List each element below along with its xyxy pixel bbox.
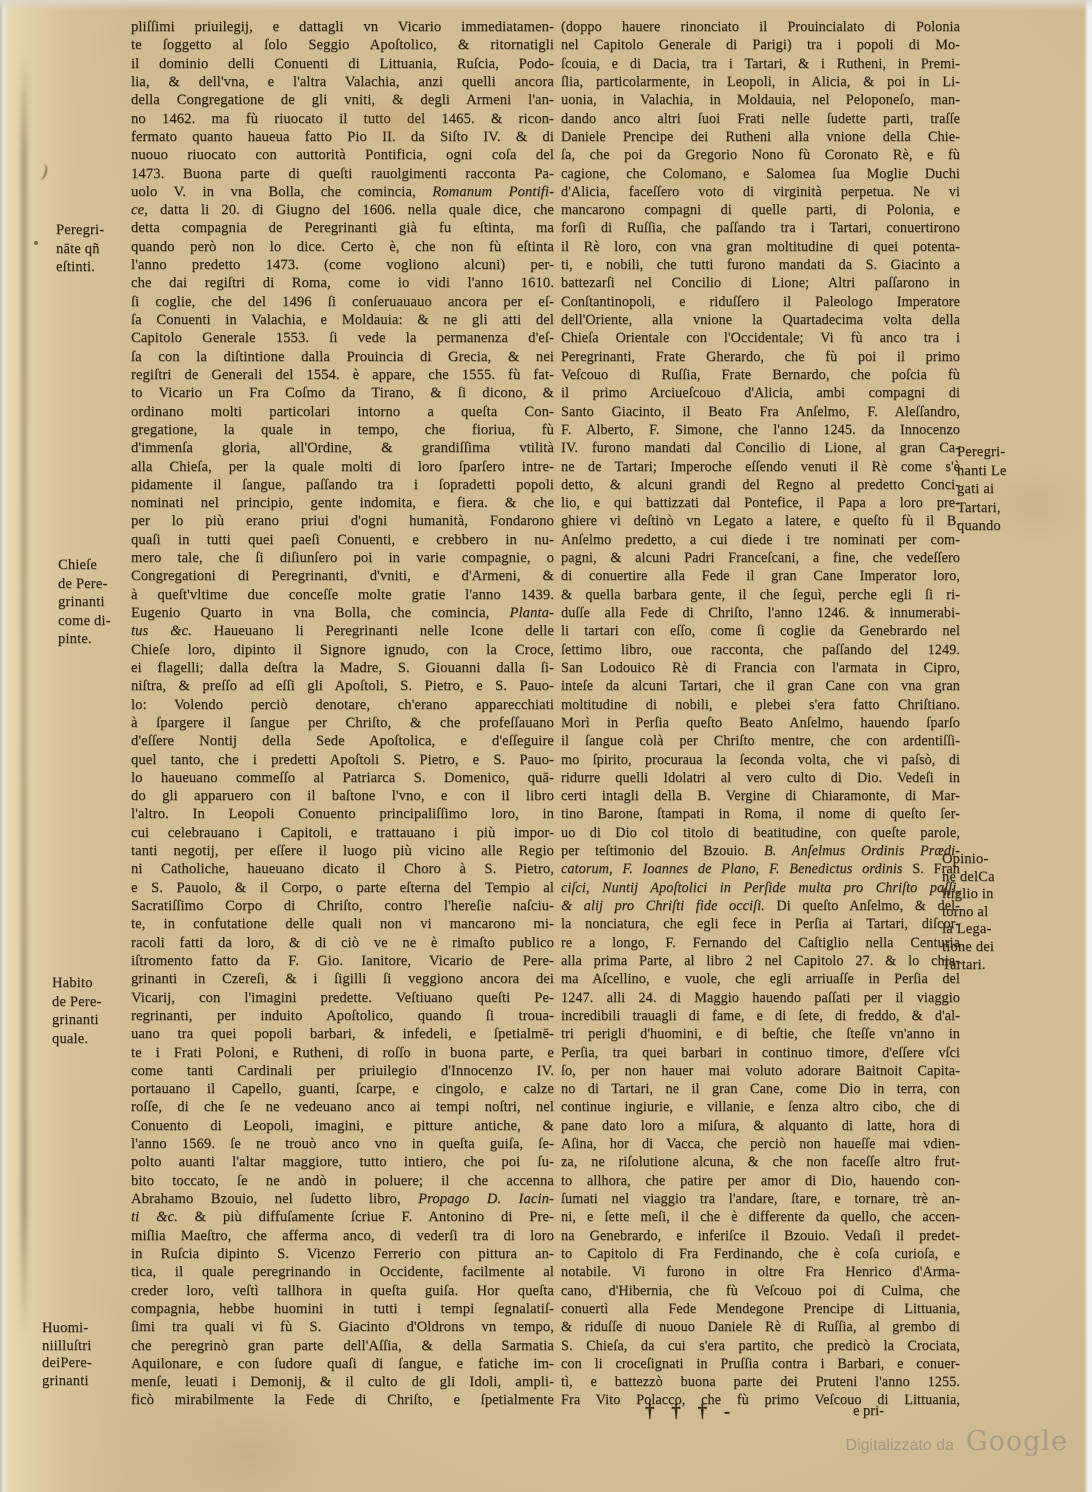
text-line: detto, & alcuni grandi del Regno al pred… — [561, 476, 960, 494]
text-line: uonia, in Valachia, in Moldauia, nel Pel… — [561, 91, 960, 109]
text-line: ridurre quelli Idolatri al vero culto di… — [561, 769, 960, 787]
text-line: à queſt'vltime due conceſſe molte gratie… — [131, 586, 554, 604]
text-line: te i Frati Poloni, e Rutheni, di roſſo i… — [131, 1044, 554, 1062]
text-line: incredibili trauagli di fame, e di ſete,… — [561, 1007, 960, 1025]
text-line: gregatione, la quale in tempo, che fiori… — [131, 421, 554, 439]
text-line: lo: Volendo perciò denotare, ch'erano ap… — [131, 696, 554, 714]
text-line: ſettimo libro, oue racconta, che paſſand… — [561, 641, 960, 659]
text-line: ſimi tra quali vi fù S. Giacinto d'Oldro… — [131, 1318, 554, 1336]
text-line: Morì in Perſia queſto Beato Anſelmo, hau… — [561, 714, 960, 732]
text-line: conuertì alla Fede Mendegone Prencipe di… — [561, 1300, 960, 1318]
text-line: tanti negotij, per eſſere il luogo più v… — [131, 842, 554, 860]
text-line: Santo Giacinto, il Beato Fra Anſelmo, F.… — [561, 403, 960, 421]
text-line: tus &c. Haueuano li Peregrinanti nelle I… — [131, 622, 554, 640]
text-line: nominati nel principio, gente indomita, … — [131, 494, 554, 512]
gutter-shadow — [21, 52, 27, 1337]
text-line: no di Tartari, ne il gran Cane, come Dio… — [561, 1080, 960, 1098]
text-line: pane dato loro a miſura, & alquanto di l… — [561, 1117, 960, 1135]
text-line: quel tanto, che i predetti Apoſtoli S. P… — [131, 751, 554, 769]
text-line: ſo, per non hauer mai voluto adorare Bai… — [561, 1062, 960, 1080]
text-line: do gli apparuero con il baſtone l'vno, e… — [131, 787, 554, 805]
text-line: dell'Oriente, alla vnione la Quartadecim… — [561, 311, 960, 329]
text-line: racoli fatti da loro, & di ciò ve ne è r… — [131, 934, 554, 952]
text-line: quando però non lo dice. Certo è, che no… — [131, 238, 554, 256]
text-line: nuouo riuocato con auttorità Pontificia,… — [131, 146, 554, 164]
text-line: ce, datta li 20. di Giugno del 1606. nel… — [131, 201, 554, 219]
text-line: za, ne riſolutione alcuna, & che non fac… — [561, 1153, 960, 1171]
text-line: la nonciatura, che egli fece in Perſia a… — [561, 915, 960, 933]
text-line: cano, d'Hibernia, che fù Veſcouo poi di … — [561, 1282, 960, 1300]
text-line: Chieſa Orientale con l'Occidentale; Vi f… — [561, 329, 960, 347]
text-line: Abrahamo Bzouio, nel ſudetto libro, Prop… — [131, 1190, 554, 1208]
text-line: Fra Vito Polacco, che fù primo Veſcouo d… — [561, 1391, 960, 1409]
text-line: ti &c. & più diffuſamente ſcriue F. Anto… — [131, 1208, 554, 1226]
text-line: te, in confutatione delle quali non vi m… — [131, 915, 554, 933]
text-line: moltitudine di nobili, e plebei s'era fa… — [561, 696, 960, 714]
text-line: F. Alberto, F. Simone, che l'anno 1245. … — [561, 421, 960, 439]
text-line: portauano il Capello, guanti, ſcarpe, e … — [131, 1080, 554, 1098]
text-line: notabile. Vi furono in oltre Fra Henrico… — [561, 1263, 960, 1281]
text-line: nel Capitolo Generale di Parigi) tra i p… — [561, 36, 960, 54]
text-line: ficò mirabilmente la Fede di Chriſto, e … — [131, 1391, 554, 1409]
watermark-prefix: Digitalizzato da — [846, 1437, 955, 1454]
margin-note-peregrinanti-estinti: Peregri- nāte qñ eſtinti. — [56, 221, 104, 277]
text-line: te ſoggetto al ſolo Seggio Apoſtolico, &… — [131, 36, 554, 54]
text-line: niſtra, & preſſo ad eſſi gli Apoſtoli, S… — [131, 677, 554, 695]
text-line: polto auanti l'altar maggiore, tutto int… — [131, 1153, 554, 1171]
text-line: duſſe alla Fede di Chriſto, l'anno 1246.… — [561, 604, 960, 622]
margin-note-habito: Habito de Pere- grinanti quale. — [52, 974, 102, 1048]
text-line: quaſi in tutti quei paeſi Conuenti, e cr… — [131, 531, 554, 549]
text-line: ni Catholiche, haueuano dicato il Choro … — [131, 860, 554, 878]
text-line: per lo più erano priui d'ogni humanità, … — [131, 512, 554, 530]
text-line: il Rè loro, con vna gran moltitudine di … — [561, 238, 960, 256]
text-line: ſa con la diſtintione dalla Prouincia di… — [131, 348, 554, 366]
text-line: certi intagli della B. Vergine di Chiara… — [561, 787, 960, 805]
text-line: & alij pro Chriſti fide occiſi. Di queſt… — [561, 897, 960, 915]
text-line: to Vicario un Fra Coſmo da Tirano, & ſi … — [131, 384, 554, 402]
text-line: tri perigli d'huomini, e di beſtie, che … — [561, 1025, 960, 1043]
text-line: forſi di Ruſſia, che paſſando tra i Tart… — [561, 219, 960, 237]
margin-note-chiese-dipinte: Chieſe de Pere- grinanti come di- pinte. — [58, 556, 111, 649]
text-line: come tanti Cardinali per priuilegio d'In… — [131, 1062, 554, 1080]
text-line: ma Aſcellino, e vuole, che egli arriuaſſ… — [561, 970, 960, 988]
text-line: uolo V. in vna Bolla, che comincia, Roma… — [131, 183, 554, 201]
text-line: Aquilonare, e con ſudore quaſi di ſangue… — [131, 1355, 554, 1373]
text-line: Peregrinanti, Frate Gherardo, che fù poi… — [561, 348, 960, 366]
text-line: cagione, che Colomano, e Salomea ſua Mog… — [561, 165, 960, 183]
text-line: detta compagnia de Peregrinanti già fu e… — [131, 219, 554, 237]
text-column-right: (doppo hauere rinonciato il Prouincialat… — [561, 18, 960, 1410]
text-line: continue ingiurie, e villanie, e ſenza a… — [561, 1098, 960, 1116]
text-line: d'eſſere Nontij della Sede Apoſtolica, e… — [131, 732, 554, 750]
text-line: ſcouia, e di Dacia, tra i Tartari, & i R… — [561, 55, 960, 73]
text-line: Conuento di Leopoli, imagini, e pitture … — [131, 1117, 554, 1135]
text-line: grinanti in Czereſi, & i ſigilli ſi vegg… — [131, 970, 554, 988]
text-line: uano tra quei popoli barbari, & infedeli… — [131, 1025, 554, 1043]
text-line: inteſe da alcuni Tartari, che il gran Ca… — [561, 677, 960, 695]
text-line: ſa Conuenti in Valachia, e Moldauia: & n… — [131, 311, 554, 329]
text-line: uo di Dio col titolo di beatitudine, con… — [561, 824, 960, 842]
text-line: 1473. Buona parte di queſti rauolgimenti… — [131, 165, 554, 183]
text-line: d'Alicia, faceſſero voto di virginità pe… — [561, 183, 960, 201]
text-line: creder loro, veſtì tallhora in queſta gu… — [131, 1282, 554, 1300]
text-line: bito toccato, ſe ne andò in poluere; il … — [131, 1172, 554, 1190]
text-line: & quella barbara gente, il che ſeguì, pe… — [561, 586, 960, 604]
signature-mark: † † † - — [645, 1401, 736, 1423]
text-line: Chieſe loro, dipinto il Signore ignudo, … — [131, 641, 554, 659]
text-line: lio, e qui battizzati dal Pontefice, il … — [561, 494, 960, 512]
text-line: di conuertire alla Fede il gran Cane Imp… — [561, 567, 960, 585]
text-line: lia, & dell'vna, e l'altra Valachia, anz… — [131, 73, 554, 91]
text-column-left: pliſſimi priuilegij, e dattagli vn Vicar… — [131, 18, 554, 1410]
text-line: ſlia, particolarmente, in Leopoli, in Al… — [561, 73, 960, 91]
ink-speck — [34, 241, 38, 245]
text-line: to Capitolo di Fra Ferdinando, che è coſ… — [561, 1245, 960, 1263]
text-line: tì, e battezzò buona parte dei Pruteni l… — [561, 1373, 960, 1391]
margin-note-opinione-castiglio: Opinio- ne delCa ſtiglio in torno al la … — [942, 851, 1074, 974]
text-line: pliſſimi priuilegij, e dattagli vn Vicar… — [131, 18, 554, 36]
text-line: tica, il quale peregrinando in Occidente… — [131, 1263, 554, 1281]
scanned-book-page: Peregri- nāte qñ eſtinti. Chieſe de Pere… — [0, 0, 1092, 1492]
text-line: dando anco altri ſuoi Frati nelle ſudett… — [561, 110, 960, 128]
text-line: to allhora, che patire per amor di Dio, … — [561, 1172, 960, 1190]
text-line: menſe, leuati i Demonij, & il culto de g… — [131, 1373, 554, 1391]
text-line: ſi coglie, che del 1496 ſi conſeruauauo … — [131, 293, 554, 311]
text-line: il primo Arciueſcouo d'Alicia, ambi comp… — [561, 384, 960, 402]
text-line: pidamente il ſangue, paſſando tra i ſopr… — [131, 476, 554, 494]
text-line: ghiere vi deſtinò vn Legato a latere, e … — [561, 512, 960, 530]
text-line: mero tale, che ſi diſiunſero poi in vari… — [131, 549, 554, 567]
text-line: Daniele Prencipe dei Rutheni alla vnione… — [561, 128, 960, 146]
text-line: e S. Pauolo, & il Corpo, o parte eſterna… — [131, 879, 554, 897]
text-line: cui celebrauano i Capitoli, e trattauano… — [131, 824, 554, 842]
text-line: battezarſi nel Concilio di Lione; Altri … — [561, 274, 960, 292]
text-line: con li croceſignati in Pruſſia contra i … — [561, 1355, 960, 1373]
text-line: per teſtimonio del Bzouio. B. Anſelmus O… — [561, 842, 960, 860]
google-watermark: Digitalizzato daGoogle — [846, 1426, 1068, 1457]
text-line: regrinanti, per induito Apoſtolico, quan… — [131, 1007, 554, 1025]
text-line: iſtromento fatto da F. Gio. Ianitore, Vi… — [131, 952, 554, 970]
text-line: ordinano molti particolari intorno a que… — [131, 403, 554, 421]
ink-speck — [34, 162, 49, 181]
text-line: Sacratiſſimo Corpo di Chriſto, contro l'… — [131, 897, 554, 915]
text-line: miſlia Maeſtro, che afferma anco, di ved… — [131, 1227, 554, 1245]
text-line: Eugenio Quarto in vna Bolla, che cominci… — [131, 604, 554, 622]
text-line: Capitolo Generale 1553. ſi vede la perma… — [131, 329, 554, 347]
google-logo-text: Google — [966, 1426, 1068, 1457]
text-line: mancarono compagni di quelle parti, di P… — [561, 201, 960, 219]
catchword: e pri- — [853, 1403, 884, 1420]
text-line: ſa, che poi da Gregorio Nono fù Coronato… — [561, 146, 960, 164]
text-line: ti, e nobili, che tutti furono mandati d… — [561, 256, 960, 274]
text-line: pagni, & alcuni Padri Franceſcani, a fin… — [561, 549, 960, 567]
text-line: Vicarij, con l'imagini predette. Veſtiua… — [131, 989, 554, 1007]
text-line: San Lodouico Rè di Francia con l'armata … — [561, 659, 960, 677]
text-line: in Ruſcia dipinto S. Vicenzo Ferrerio co… — [131, 1245, 554, 1263]
text-line: il dominio delli Conuenti di Littuania, … — [131, 55, 554, 73]
text-line: fermato quanto haueua fatto Pio II. da S… — [131, 128, 554, 146]
text-line: Congregationi di Peregrinanti, d'vniti, … — [131, 567, 554, 585]
text-line: tino Barone, ſtampati in Roma, il nome d… — [561, 805, 960, 823]
text-line: compagnia, hebbe huomini in tutti i temp… — [131, 1300, 554, 1318]
text-line: della Congregatione de gli vniti, & degl… — [131, 91, 554, 109]
text-line: lo haueuano commeſſo al Patriarca S. Dom… — [131, 769, 554, 787]
text-line: l'altro. In Leopoli Conuento principaliſ… — [131, 805, 554, 823]
text-line: il ſangue colà per Chriſto mentre, che c… — [561, 732, 960, 750]
text-line: 1247. alli 24. di Maggio hauendo paſſati… — [561, 989, 960, 1007]
text-line: che peregrinò gran parte dell'Aſſia, & d… — [131, 1337, 554, 1355]
text-line: mo ſpirito, procuraua la ſeconda volta, … — [561, 751, 960, 769]
text-line: ni, e ſette meſi, il che è differente da… — [561, 1208, 960, 1226]
text-line: l'anno predetto 1473. (come vogliono alc… — [131, 256, 554, 274]
margin-note-huomini-illustri: Huomi- niilluſtri deiPere- grinanti — [42, 1320, 92, 1390]
text-line: roſſe, di che ſe ne vedeuano anco ai tem… — [131, 1098, 554, 1116]
text-line: à ſpargere il ſangue per Chriſto, & che … — [131, 714, 554, 732]
text-line: no 1462. ma fù riuocato il tutto del 146… — [131, 110, 554, 128]
text-line: re a longo, F. Fernando del Caſtiglio ne… — [561, 934, 960, 952]
text-line: li tartari con eſſo, come ſi coglie da G… — [561, 622, 960, 640]
text-line: alla prima Parte, al libro 2 nel Capitol… — [561, 952, 960, 970]
text-line: Aſina, hor di Vacca, che perciò non haue… — [561, 1135, 960, 1153]
margin-note-legati-tartari: Peregri- nanti Le gati ai Tartari, quand… — [957, 443, 1079, 536]
text-line: IV. furono mandati dal Concilio di Lione… — [561, 439, 960, 457]
text-line: ciſci, Nuntij Apoſtolici in Perſide mult… — [561, 879, 960, 897]
text-line: d'immenſa gloria, all'Ordine, & grandiſſ… — [131, 439, 554, 457]
text-line: ſumati nel viaggio tra l'andare, ſtare, … — [561, 1190, 960, 1208]
text-line: Perſia, tra quei barbari in continuo tim… — [561, 1044, 960, 1062]
text-line: & riduſſe di nuouo Daniele Rè di Ruſſia,… — [561, 1318, 960, 1336]
text-line: na Genebrardo, e inferiſce il Bzouio. Ve… — [561, 1227, 960, 1245]
text-line: regiſtri de Generali del 1554. è appare,… — [131, 366, 554, 384]
text-line: ei flagelli; dalla deſtra la Madre, S. G… — [131, 659, 554, 677]
text-line: Conſtantinopoli, e riduſſero il Paleolog… — [561, 293, 960, 311]
text-line: catorum, F. Ioannes de Plano, F. Benedic… — [561, 860, 960, 878]
text-line: (doppo hauere rinonciato il Prouincialat… — [561, 18, 960, 36]
text-line: S. Chieſa, da cui s'era partito, che pre… — [561, 1337, 960, 1355]
text-line: che dai regiſtri di Roma, come io vidi l… — [131, 274, 554, 292]
text-line: Anſelmo predetto, a cui diede i tre nomi… — [561, 531, 960, 549]
text-line: Veſcouo di Ruſſia, Frate Bernardo, che p… — [561, 366, 960, 384]
text-line: alla Chieſa, per la quale molti di loro … — [131, 458, 554, 476]
text-line: l'anno 1569. ſe ne trouò anco vno in que… — [131, 1135, 554, 1153]
text-line: ne de Tartari; Imperoche eſſendo venuti … — [561, 458, 960, 476]
